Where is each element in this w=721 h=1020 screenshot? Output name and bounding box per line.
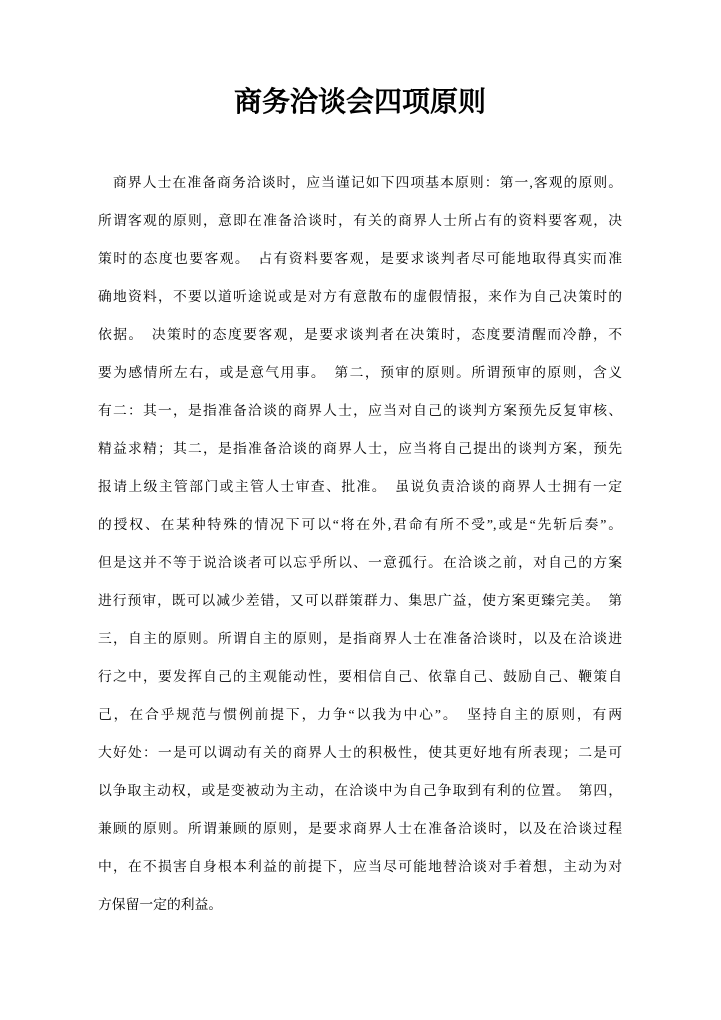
paragraph-line: 依据。 决策时的态度要客观，是要求谈判者在决策时，态度要清醒而冷静，不 <box>98 316 622 354</box>
paragraph-line: 兼顾的原则。所谓兼顾的原则，是要求商界人士在准备洽谈时，以及在洽谈过程 <box>98 810 622 848</box>
paragraph-line: 方保留一定的利益。 <box>98 886 622 924</box>
paragraph-line: 确地资料，不要以道听途说或是对方有意散布的虚假情报，来作为自己决策时的 <box>98 278 622 316</box>
paragraph-line: 策时的态度也要客观。 占有资料要客观，是要求谈判者尽可能地取得真实而准 <box>98 240 622 278</box>
paragraph-line: 中，在不损害自身根本利益的前提下，应当尽可能地替洽谈对手着想，主动为对 <box>98 848 622 886</box>
paragraph-line: 商界人士在准备商务洽谈时，应当谨记如下四项基本原则：第一,客观的原则。 <box>98 164 622 202</box>
paragraph-line: 大好处：一是可以调动有关的商界人士的积极性，使其更好地有所表现；二是可 <box>98 734 622 772</box>
paragraph-line: 精益求精；其二，是指准备洽谈的商界人士，应当将自己提出的谈判方案，预先 <box>98 430 622 468</box>
paragraph-line: 进行预审，既可以减少差错，又可以群策群力、集思广益，使方案更臻完美。 第 <box>98 582 622 620</box>
paragraph-line: 的授权、在某种特殊的情况下可以“将在外,君命有所不受”,或是“先斩后奏”。 <box>98 506 622 544</box>
paragraph-line: 要为感情所左右，或是意气用事。 第二，预审的原则。所谓预审的原则，含义 <box>98 354 622 392</box>
paragraph-line: 所谓客观的原则，意即在准备洽谈时，有关的商界人士所占有的资料要客观，决 <box>98 202 622 240</box>
paragraph-line: 以争取主动权，或是变被动为主动，在洽谈中为自己争取到有利的位置。 第四， <box>98 772 622 810</box>
document-page: 商务洽谈会四项原则 商界人士在准备商务洽谈时，应当谨记如下四项基本原则：第一,客… <box>0 0 721 1020</box>
paragraph-line: 但是这并不等于说洽谈者可以忘乎所以、一意孤行。在洽谈之前，对自己的方案 <box>98 544 622 582</box>
paragraph-line: 有二：其一，是指准备洽谈的商界人士，应当对自己的谈判方案预先反复审核、 <box>98 392 622 430</box>
paragraph-line: 三，自主的原则。所谓自主的原则，是指商界人士在准备洽谈时，以及在洽谈进 <box>98 620 622 658</box>
paragraph-line: 行之中，要发挥自己的主观能动性，要相信自己、依靠自己、鼓励自己、鞭策自 <box>98 658 622 696</box>
paragraph-line: 己，在合乎规范与惯例前提下，力争“以我为中心”。 坚持自主的原则，有两 <box>98 696 622 734</box>
document-body: 商界人士在准备商务洽谈时，应当谨记如下四项基本原则：第一,客观的原则。 所谓客观… <box>98 164 622 924</box>
paragraph-line: 报请上级主管部门或主管人士审查、批准。 虽说负责洽谈的商界人士拥有一定 <box>98 468 622 506</box>
document-title: 商务洽谈会四项原则 <box>98 84 622 122</box>
